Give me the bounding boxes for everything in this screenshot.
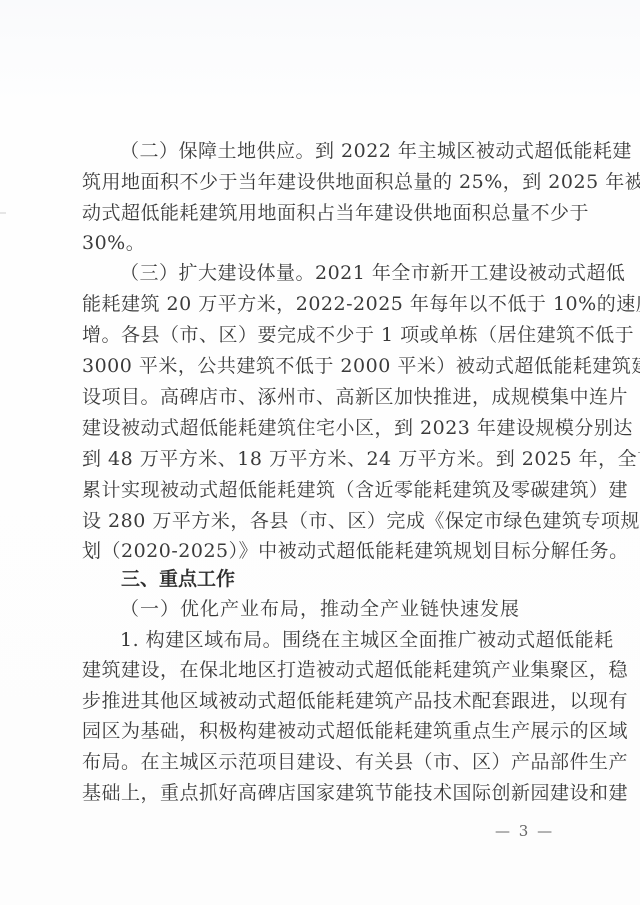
text-line: 布局。在主城区示范项目建设、有关县（市、区）产品部件生产 (82, 748, 556, 776)
text-line: 设 280 万平方米，各县（市、区）完成《保定市绿色建筑专项规 (82, 507, 556, 535)
text-line: 3000 平米，公共建筑不低于 2000 平米）被动式超低能耗建筑建 (82, 352, 556, 380)
text-line: 到 48 万平方米、18 万平方米、24 万平方米。到 2025 年，全市 (82, 445, 556, 473)
section-heading: 三、重点工作 (121, 565, 235, 593)
text-line: 建筑建设，在保北地区打造被动式超低能耗建筑产业集聚区，稳 (82, 656, 556, 684)
text-line: （三）扩大建设体量。2021 年全市新开工建设被动式超低 (120, 259, 556, 287)
document-page: （二）保障土地供应。到 2022 年主城区被动式超低能耗建 筑用地面积不少于当年… (0, 0, 640, 905)
text-line: 能耗建筑 20 万平方米，2022-2025 年每年以不低于 10%的速度递 (82, 290, 556, 318)
subsection-heading: （一）优化产业布局，推动全产业链快速发展 (120, 595, 520, 623)
text-line: 筑用地面积不少于当年建设供地面积总量的 25%，到 2025 年被 (82, 168, 556, 196)
text-line: 园区为基础，积极构建被动式超低能耗建筑重点生产展示的区域 (82, 717, 556, 745)
text-line: 增。各县（市、区）要完成不少于 1 项或单栋（居住建筑不低于 (82, 321, 556, 349)
text-line: 累计实现被动式超低能耗建筑（含近零能耗建筑及零碳建筑）建 (82, 476, 556, 504)
text-line: 建设被动式超低能耗建筑住宅小区，到 2023 年建设规模分别达 (82, 414, 556, 442)
text-line: 设项目。高碑店市、涿州市、高新区加快推进，成规模集中连片 (82, 383, 556, 411)
text-line: 1. 构建区域布局。围绕在主城区全面推广被动式超低能耗 (120, 626, 556, 654)
text-line: 30%。 (82, 229, 556, 257)
page-number: — 3 — (495, 822, 554, 840)
text-line: 步推进其他区域被动式超低能耗建筑产品技术配套跟进，以现有 (82, 687, 556, 715)
text-line: 划（2020-2025）》中被动式超低能耗建筑规划目标分解任务。 (82, 537, 556, 565)
text-line: 动式超低能耗建筑用地面积占当年建设供地面积总量不少于 (82, 199, 556, 227)
text-line: 基础上，重点抓好高碑店国家建筑节能技术国际创新园建设和建 (82, 779, 556, 807)
text-line: （二）保障土地供应。到 2022 年主城区被动式超低能耗建 (120, 137, 556, 165)
scan-edge-mark (0, 212, 6, 214)
